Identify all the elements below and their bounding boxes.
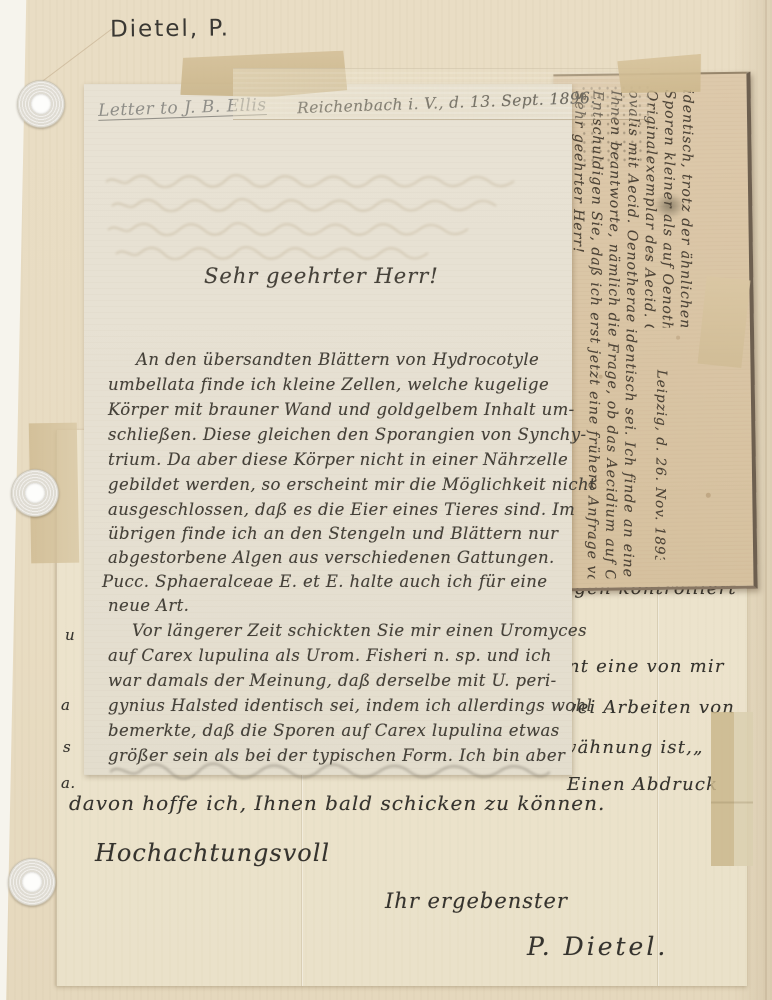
faded-ink-line	[110, 762, 550, 784]
tape-gloss-strip	[233, 68, 650, 120]
sheet-valediction: Hochachtungsvoll	[95, 839, 330, 867]
letter-body-line: neue Art.	[108, 596, 189, 615]
tape-bottom-right	[711, 712, 753, 866]
letter-body-line: Vor längerer Zeit schickten Sie mir eine…	[132, 621, 587, 640]
album-name-label: Dietel, P.	[110, 15, 230, 42]
sheet-valediction-2: Ihr ergebenster	[385, 889, 568, 913]
sheet-closing-line: davon hoffe ich, Ihnen bald schicken zu …	[69, 791, 605, 815]
letter-body-line: gebildet werden, so erscheint mir die Mö…	[108, 475, 596, 494]
page-edge-line	[765, 0, 767, 1000]
letter-body-line: Pucc. Sphaeralceae E. et E. halte auch i…	[102, 572, 547, 591]
letter-salutation: Sehr geehrter Herr!	[204, 264, 439, 288]
sheet-fragment-left: u	[65, 626, 75, 644]
letter-body-line: gynius Halsted identisch sei, indem ich …	[108, 696, 592, 715]
ink-bleedthrough	[106, 172, 526, 272]
sheet-signature: P. Dietel.	[527, 932, 668, 961]
postcard-dateline: Leipzig, d. 26. Nov. 1893.	[647, 370, 669, 560]
punch-hole	[25, 483, 45, 503]
sheet-fragment-left: a.	[61, 774, 76, 792]
punch-ring-top	[17, 80, 65, 128]
letter-body-line: Körper mit brauner Wand und goldgelbem I…	[108, 400, 575, 419]
letter-body-line: auf Carex lupulina als Urom. Fisheri n. …	[108, 646, 552, 665]
punch-ring-bottom	[8, 858, 56, 906]
letter-body-line: bemerkte, daß die Sporen auf Carex lupul…	[108, 721, 560, 740]
punch-hole	[31, 94, 51, 114]
sheet-fragment-right: int eine von mir	[561, 656, 725, 677]
letter-body-line: schließen. Diese gleichen den Sporangien…	[108, 425, 586, 444]
letter-body-line: abgestorbene Algen aus verschiedenen Gat…	[108, 548, 555, 567]
sheet-fragment-right: wähnung ist,„	[561, 737, 704, 758]
tape-top-right	[617, 54, 703, 96]
letter-body-line: An den übersandten Blättern von Hydrocot…	[136, 350, 539, 369]
letter-body-line: war damals der Meinung, daß derselbe mit…	[108, 671, 557, 690]
scanned-album-page: Dietel, P. u a s a. tigen kontrolliert i…	[0, 0, 772, 1000]
punch-hole	[22, 872, 42, 892]
punch-ring-middle	[11, 469, 59, 517]
sheet-fragment-left: s	[63, 738, 71, 756]
tape-right-middle	[698, 276, 751, 368]
letter-sheet: Letter to J. B. Ellis Reichenbach i. V.,…	[84, 84, 572, 775]
letter-body-line: übrigen finde ich an den Stengeln und Bl…	[108, 524, 558, 543]
letter-body-line: ausgeschlossen, daß es die Eier eines Ti…	[108, 500, 575, 519]
letter-body-line: umbellata finde ich kleine Zellen, welch…	[108, 375, 549, 394]
postcard-line: identisch, trotz der ähnlichen Art des A…	[673, 89, 696, 327]
letter-body-line: trium. Da aber diese Körper nicht in ein…	[108, 450, 568, 469]
sheet-fragment-left: a	[61, 696, 70, 714]
